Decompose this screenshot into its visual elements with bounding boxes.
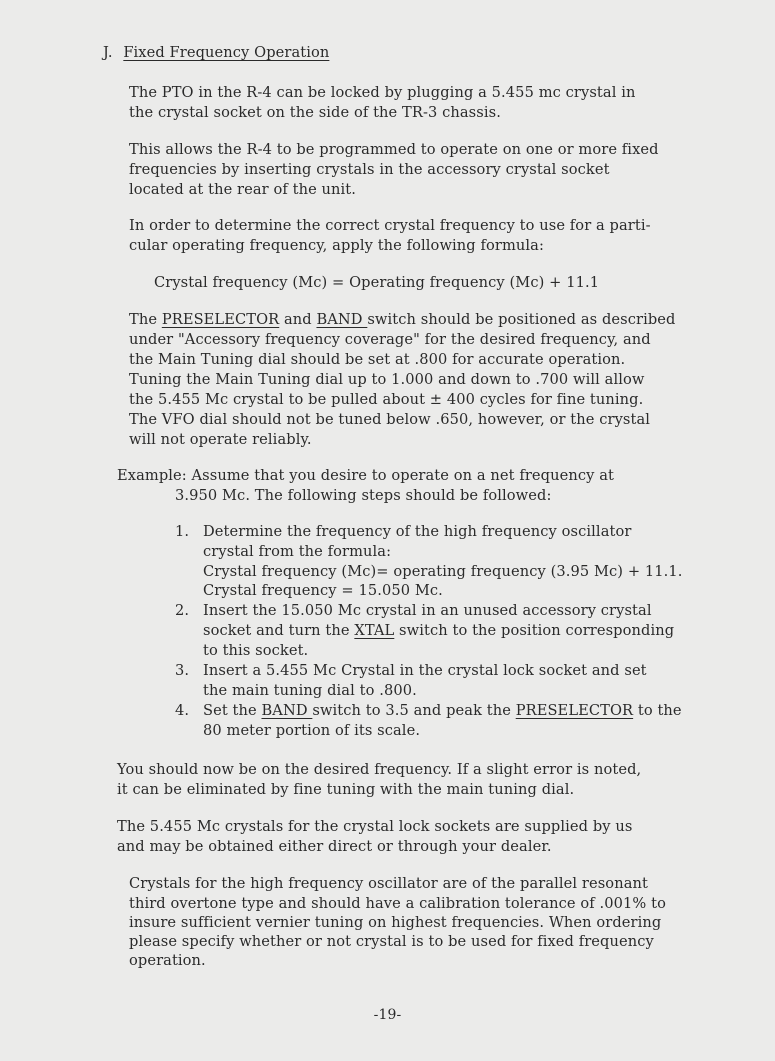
step-line: Insert the 15.050 Mc crystal in an unuse… <box>203 602 652 619</box>
paragraph-line: Crystals for the high frequency oscillat… <box>129 875 648 892</box>
example-line: Example: Assume that you desire to opera… <box>117 467 614 484</box>
step-line: to this socket. <box>203 642 308 659</box>
text: switch to the position corresponding <box>394 622 674 639</box>
paragraph-line: operation. <box>129 952 206 969</box>
paragraph-line: under "Accessory frequency coverage" for… <box>129 331 651 348</box>
step-number: 1. <box>175 523 189 540</box>
formula: Crystal frequency (Mc) = Operating frequ… <box>154 274 599 291</box>
step-number: 4. <box>175 702 189 719</box>
step-line: socket and turn the XTAL switch to the p… <box>203 622 674 639</box>
page-number: -19- <box>0 1007 775 1023</box>
band-term: BAND <box>316 311 367 328</box>
step-line: Set the BAND switch to 3.5 and peak the … <box>203 702 682 719</box>
band-term: BAND <box>261 702 312 719</box>
paragraph-line: the crystal socket on the side of the TR… <box>129 104 501 121</box>
section-title: Fixed Frequency Operation <box>123 44 329 61</box>
step-line: crystal from the formula: <box>203 543 391 560</box>
paragraph-line: frequencies by inserting crystals in the… <box>129 161 610 178</box>
paragraph-line: The PRESELECTOR and BAND switch should b… <box>129 311 675 328</box>
paragraph-line: will not operate reliably. <box>129 431 312 448</box>
paragraph-line: it can be eliminated by fine tuning with… <box>117 781 574 798</box>
text: to the <box>633 702 682 719</box>
text: socket and turn the <box>203 622 354 639</box>
step-line: Crystal frequency = 15.050 Mc. <box>203 582 443 599</box>
paragraph-line: This allows the R-4 to be programmed to … <box>129 141 659 158</box>
preselector-term: PRESELECTOR <box>516 702 633 719</box>
step-number: 2. <box>175 602 189 619</box>
paragraph-line: located at the rear of the unit. <box>129 181 356 198</box>
paragraph-line: Tuning the Main Tuning dial up to 1.000 … <box>129 371 644 388</box>
section-heading: J. Fixed Frequency Operation <box>103 44 329 61</box>
paragraph-line: You should now be on the desired frequen… <box>117 761 641 778</box>
step-line: 80 meter portion of its scale. <box>203 722 420 739</box>
paragraph-line: and may be obtained either direct or thr… <box>117 838 552 855</box>
paragraph-line: cular operating frequency, apply the fol… <box>129 237 544 254</box>
text: and <box>279 311 316 328</box>
section-letter: J. <box>103 44 113 61</box>
paragraph-line: please specify whether or not crystal is… <box>129 933 654 950</box>
paragraph-line: insure sufficient vernier tuning on high… <box>129 914 661 931</box>
text: Set the <box>203 702 261 719</box>
step-line: Determine the frequency of the high freq… <box>203 523 631 540</box>
paragraph-line: The VFO dial should not be tuned below .… <box>129 411 650 428</box>
text: switch to 3.5 and peak the <box>312 702 515 719</box>
xtal-term: XTAL <box>354 622 394 639</box>
paragraph-line: third overtone type and should have a ca… <box>129 895 666 912</box>
paragraph-line: In order to determine the correct crysta… <box>129 217 651 234</box>
manual-page: J. Fixed Frequency Operation The PTO in … <box>0 0 775 1061</box>
paragraph-line: The 5.455 Mc crystals for the crystal lo… <box>117 818 632 835</box>
step-line: Insert a 5.455 Mc Crystal in the crystal… <box>203 662 647 679</box>
text: The <box>129 311 162 328</box>
preselector-term: PRESELECTOR <box>162 311 279 328</box>
step-line: the main tuning dial to .800. <box>203 682 417 699</box>
example-line: 3.950 Mc. The following steps should be … <box>175 487 551 504</box>
paragraph-line: the 5.455 Mc crystal to be pulled about … <box>129 391 643 408</box>
step-number: 3. <box>175 662 189 679</box>
paragraph-line: The PTO in the R-4 can be locked by plug… <box>129 84 635 101</box>
text: switch should be positioned as described <box>367 311 675 328</box>
step-line: Crystal frequency (Mc)= operating freque… <box>203 563 683 580</box>
paragraph-line: the Main Tuning dial should be set at .8… <box>129 351 625 368</box>
